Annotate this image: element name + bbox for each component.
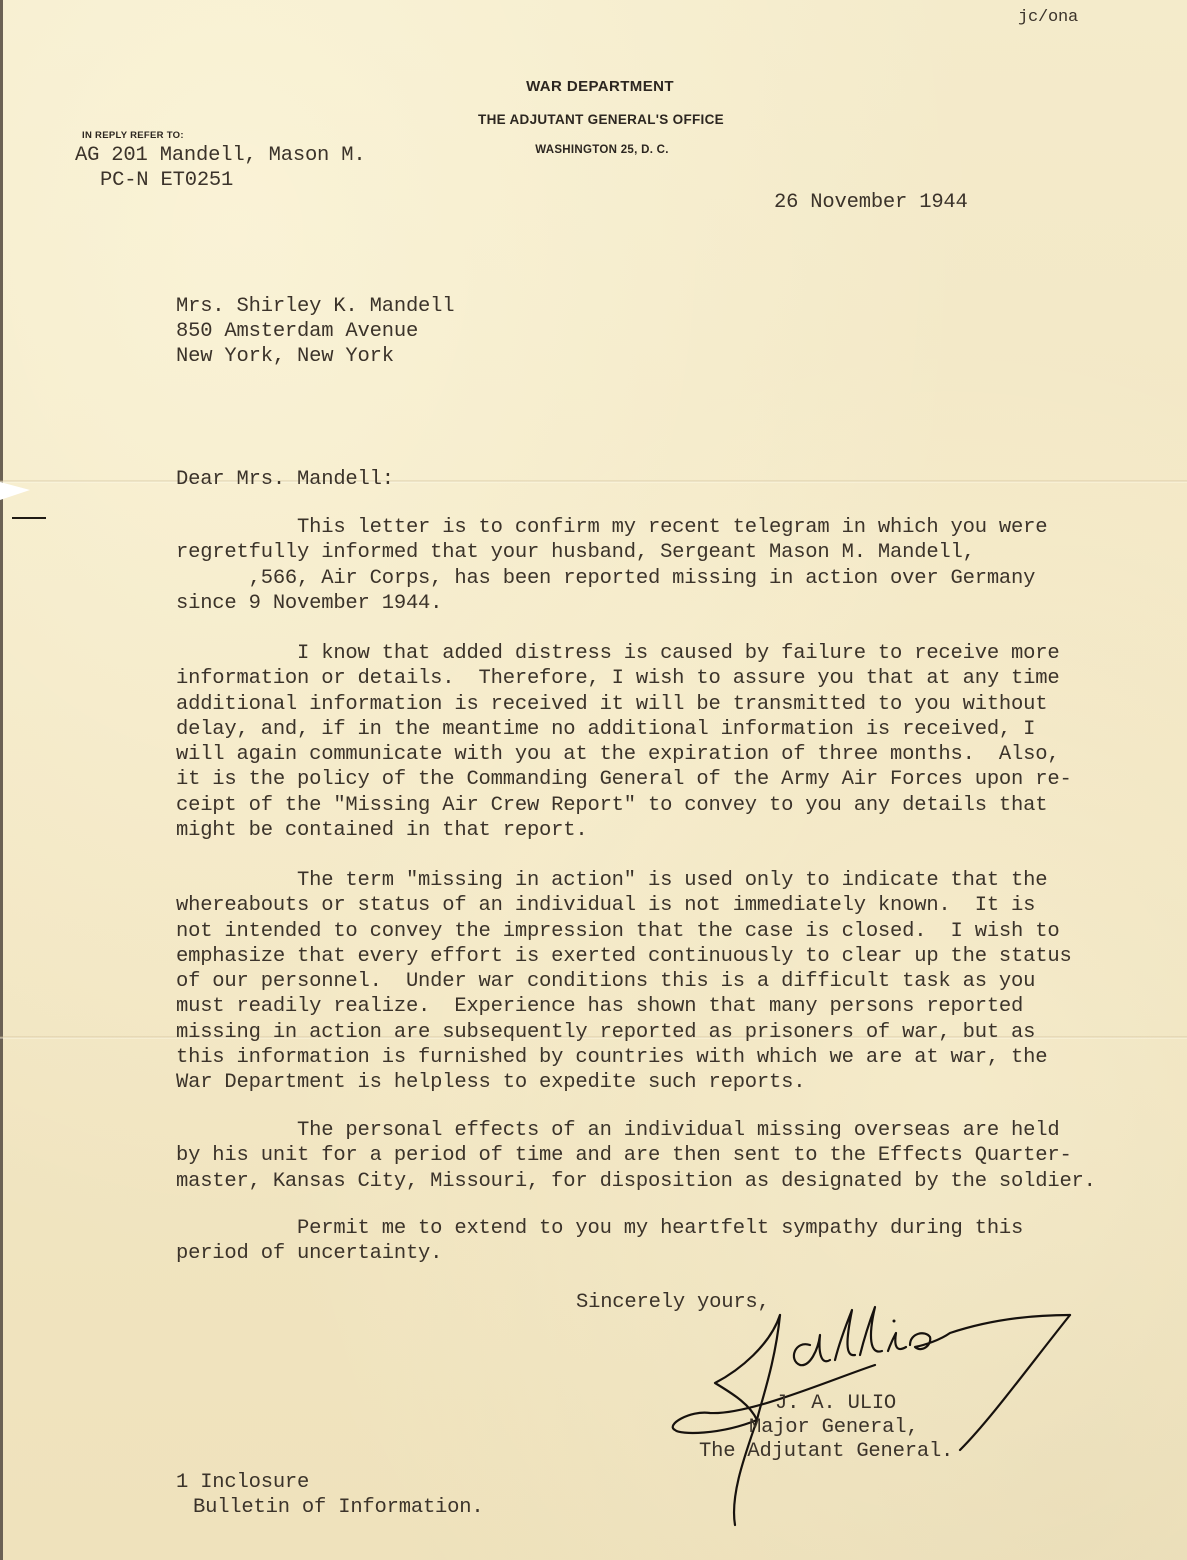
enclosure-count: 1 Inclosure <box>176 1470 309 1495</box>
paragraph-line: information or details. Therefore, I wis… <box>176 666 1136 691</box>
paragraph-line: by his unit for a period of time and are… <box>176 1143 1136 1168</box>
paragraph-line: missing in action are subsequently repor… <box>176 1020 1136 1045</box>
body-paragraph-4: The personal effects of an individual mi… <box>176 1118 1136 1194</box>
paragraph-line: ,566, Air Corps, has been reported missi… <box>176 566 1136 591</box>
paragraph-line: delay, and, if in the meantime no additi… <box>176 717 1136 742</box>
reference-line-2: PC-N ET0251 <box>100 168 233 193</box>
paragraph-line: will again communicate with you at the e… <box>176 742 1136 767</box>
paragraph-line: emphasize that every effort is exerted c… <box>176 944 1136 969</box>
recipient-city: New York, New York <box>176 344 454 369</box>
paragraph-line: since 9 November 1944. <box>176 591 1136 616</box>
file-initials: jc/ona <box>1018 5 1078 30</box>
signer-name: J. A. ULIO <box>775 1391 896 1416</box>
paragraph-line: Permit me to extend to you my heartfelt … <box>176 1216 1136 1241</box>
paragraph-line: not intended to convey the impression th… <box>176 919 1136 944</box>
body-paragraph-3: The term "missing in action" is used onl… <box>176 868 1136 1096</box>
page-left-edge <box>0 0 3 1560</box>
salutation: Dear Mrs. Mandell: <box>176 467 394 492</box>
margin-mark <box>12 517 46 519</box>
letterhead-office: THE ADJUTANT GENERAL'S OFFICE <box>0 112 1187 127</box>
letterhead-department: WAR DEPARTMENT <box>0 78 1187 95</box>
recipient-street: 850 Amsterdam Avenue <box>176 319 454 344</box>
body-paragraph-5: Permit me to extend to you my heartfelt … <box>176 1216 1136 1267</box>
reply-refer-label: IN REPLY REFER TO: <box>82 130 184 141</box>
paragraph-line: The personal effects of an individual mi… <box>176 1118 1136 1143</box>
paragraph-line: additional information is received it wi… <box>176 692 1136 717</box>
paragraph-line: of our personnel. Under war conditions t… <box>176 969 1136 994</box>
paragraph-line: this information is furnished by countri… <box>176 1045 1136 1070</box>
letter-date: 26 November 1944 <box>774 190 968 215</box>
signer-title-2: The Adjutant General. <box>699 1439 953 1464</box>
paper-tear <box>0 482 30 500</box>
paragraph-line: ceipt of the "Missing Air Crew Report" t… <box>176 793 1136 818</box>
signer-title-1: Major General, <box>749 1415 918 1440</box>
reference-line-1: AG 201 Mandell, Mason M. <box>75 143 365 168</box>
body-paragraph-1: This letter is to confirm my recent tele… <box>176 515 1136 616</box>
paragraph-line: might be contained in that report. <box>176 818 1136 843</box>
recipient-address: Mrs. Shirley K. Mandell850 Amsterdam Ave… <box>176 294 454 369</box>
paragraph-line: I know that added distress is caused by … <box>176 641 1136 666</box>
paragraph-line: master, Kansas City, Missouri, for dispo… <box>176 1169 1136 1194</box>
paragraph-line: it is the policy of the Commanding Gener… <box>176 767 1136 792</box>
enclosure-description: Bulletin of Information. <box>193 1495 483 1520</box>
paragraph-line: War Department is helpless to expedite s… <box>176 1070 1136 1095</box>
paragraph-line: This letter is to confirm my recent tele… <box>176 515 1136 540</box>
recipient-name: Mrs. Shirley K. Mandell <box>176 294 454 319</box>
paragraph-line: period of uncertainty. <box>176 1241 1136 1266</box>
paragraph-line: The term "missing in action" is used onl… <box>176 868 1136 893</box>
paragraph-line: regretfully informed that your husband, … <box>176 540 1136 565</box>
paragraph-line: whereabouts or status of an individual i… <box>176 893 1136 918</box>
paragraph-line: must readily realize. Experience has sho… <box>176 994 1136 1019</box>
body-paragraph-2: I know that added distress is caused by … <box>176 641 1136 843</box>
